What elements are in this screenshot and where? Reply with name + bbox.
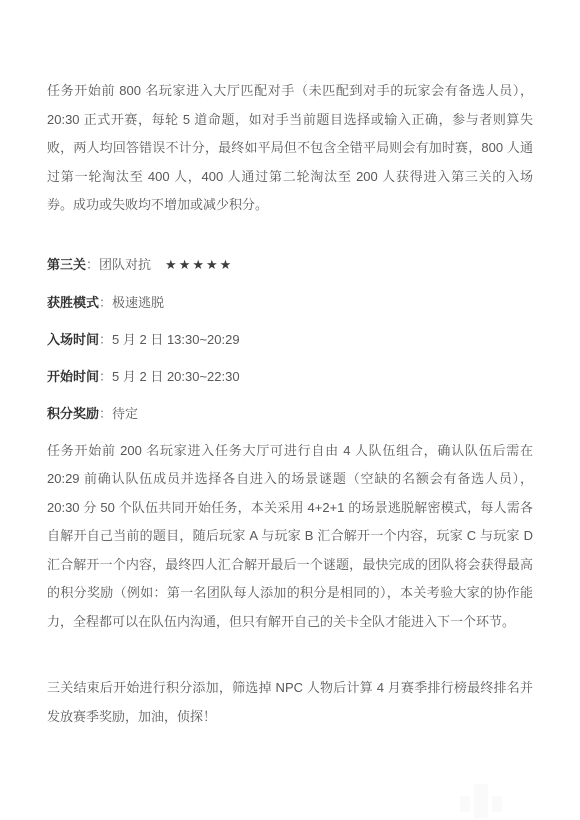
info-line-entry-time: 入场时间：5 月 2 日 13:30~20:29 [47, 326, 533, 355]
entry-time-separator: ： [99, 332, 112, 347]
start-time-separator: ： [99, 369, 112, 384]
info-line-score-reward: 积分奖励：待定 [47, 400, 533, 429]
start-time-label: 开始时间 [47, 369, 99, 384]
entry-time-value: 5 月 2 日 13:30~20:29 [112, 332, 240, 347]
score-reward-separator: ： [99, 406, 112, 421]
info-line-start-time: 开始时间：5 月 2 日 20:30~22:30 [47, 363, 533, 392]
star-rating-icon: ★★★★★ [165, 258, 233, 273]
document-body: 任务开始前 800 名玩家进入大厅匹配对手（未匹配到对手的玩家会有备选人员），2… [47, 77, 533, 731]
start-time-value: 5 月 2 日 20:30~22:30 [112, 369, 240, 384]
score-reward-value: 待定 [112, 406, 138, 421]
info-line-stage-title: 第三关：团队对抗★★★★★ [47, 251, 533, 281]
paragraph-season-settlement: 三关结束后开始进行积分添加，筛选掉 NPC 人物后计算 4 月赛季排行榜最终排名… [47, 674, 533, 731]
win-mode-value: 极速逃脱 [112, 295, 164, 310]
stage-title-separator: ： [86, 257, 99, 272]
stage-title-value: 团队对抗 [99, 257, 151, 272]
info-line-win-mode: 获胜模式：极速逃脱 [47, 289, 533, 318]
win-mode-label: 获胜模式 [47, 295, 99, 310]
score-reward-label: 积分奖励 [47, 406, 99, 421]
watermark-logo-icon [456, 784, 508, 818]
stage-title-label: 第三关 [47, 257, 86, 272]
paragraph-round-rules: 任务开始前 800 名玩家进入大厅匹配对手（未匹配到对手的玩家会有备选人员），2… [47, 77, 533, 220]
stage-info-block: 第三关：团队对抗★★★★★ 获胜模式：极速逃脱 入场时间：5 月 2 日 13:… [47, 251, 533, 429]
win-mode-separator: ： [99, 295, 112, 310]
entry-time-label: 入场时间 [47, 332, 99, 347]
paragraph-stage3-rules: 任务开始前 200 名玩家进入任务大厅可进行自由 4 人队伍组合，确认队伍后需在… [47, 437, 533, 637]
